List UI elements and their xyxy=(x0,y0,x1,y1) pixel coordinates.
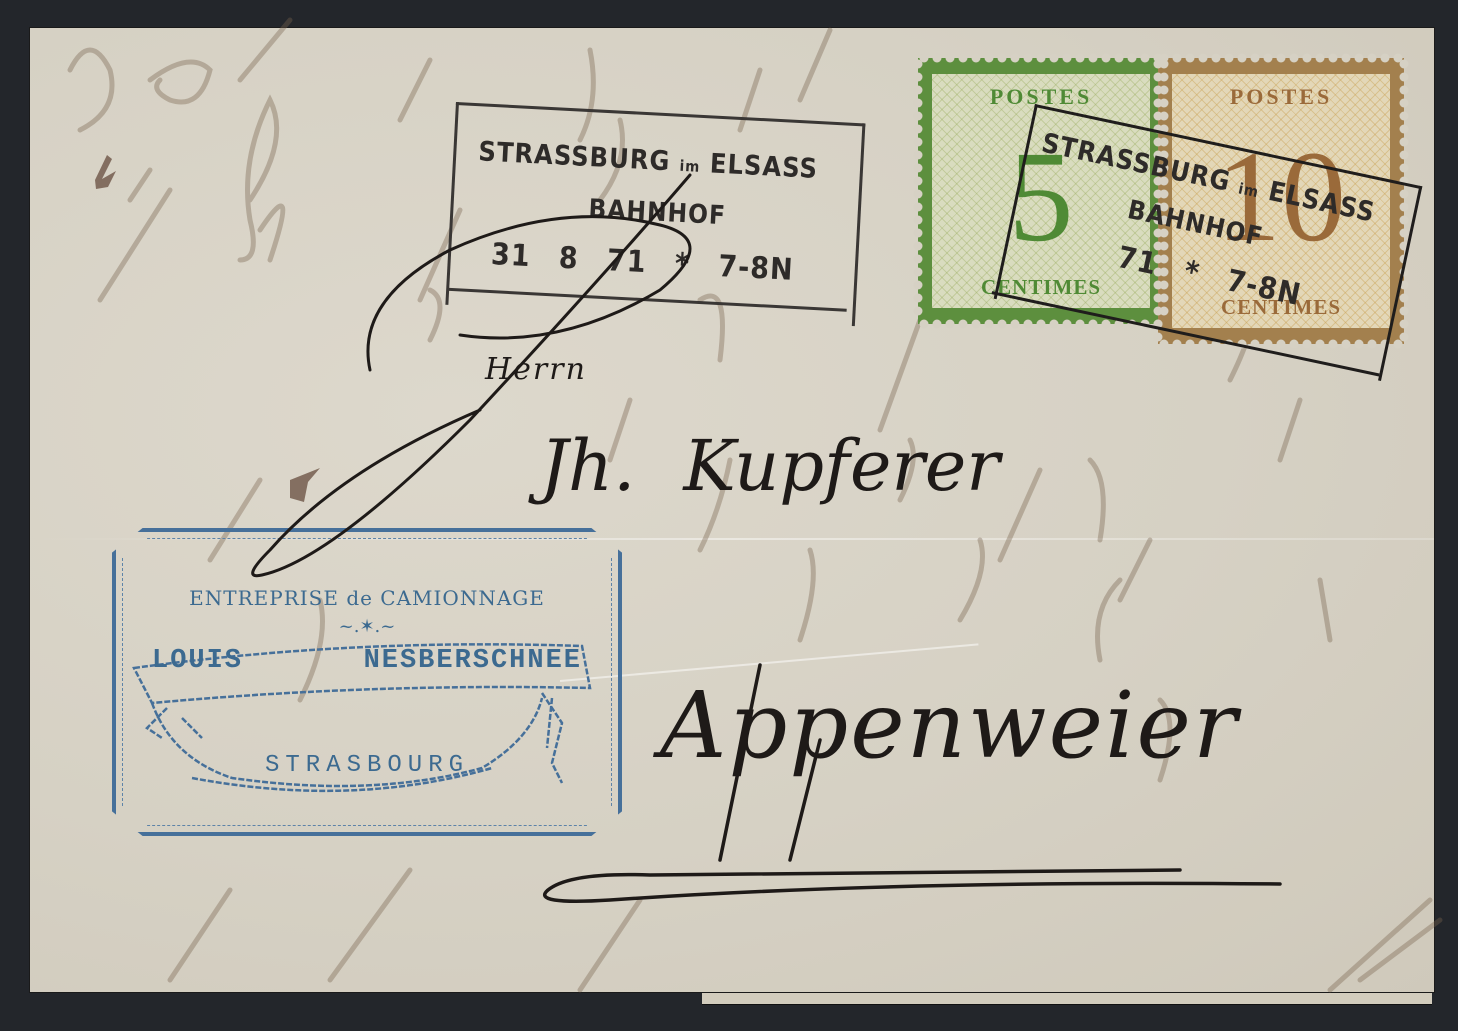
recipient-name: Jh.Kupferer xyxy=(540,425,1000,507)
handwritten-flourishes xyxy=(0,0,1458,1031)
salutation: Herrn xyxy=(485,352,587,387)
destination-town: Appenweier xyxy=(660,672,1239,779)
